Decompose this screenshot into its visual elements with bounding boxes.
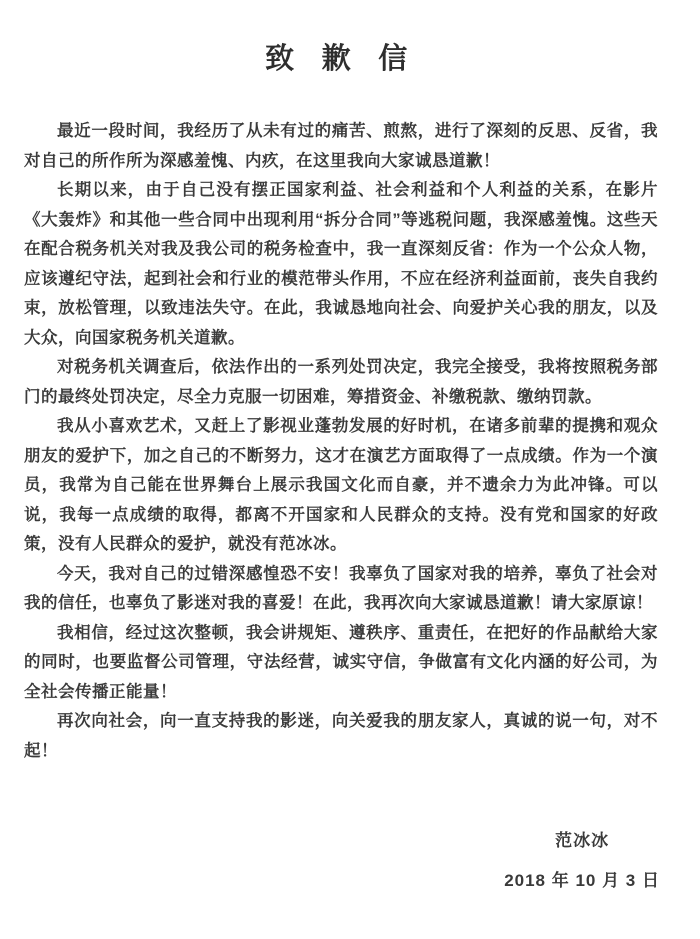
letter-paragraph-4: 我从小喜欢艺术，又赶上了影视业蓬勃发展的好时机，在诸多前辈的提携和观众朋友的爱护…	[24, 412, 658, 560]
letter-body: 最近一段时间，我经历了从未有过的痛苦、煎熬，进行了深刻的反思、反省，我对自己的所…	[0, 117, 700, 766]
letter-title: 致歉信	[0, 0, 700, 77]
letter-paragraph-7: 再次向社会，向一直支持我的影迷，向关爱我的朋友家人，真诚的说一句，对不起！	[24, 707, 658, 766]
letter-paragraph-3: 对税务机关调查后，依法作出的一系列处罚决定，我完全接受，我将按照税务部门的最终处…	[24, 353, 658, 412]
letter-paragraph-1: 最近一段时间，我经历了从未有过的痛苦、煎熬，进行了深刻的反思、反省，我对自己的所…	[24, 117, 658, 176]
letter-paragraph-5: 今天，我对自己的过错深感惶恐不安！我辜负了国家对我的培养，辜负了社会对我的信任，…	[24, 560, 658, 619]
signature-name: 范冰冰	[504, 826, 660, 851]
letter-paragraph-2: 长期以来，由于自己没有摆正国家利益、社会利益和个人利益的关系，在影片《大轰炸》和…	[24, 176, 658, 353]
letter-title-value: 致歉信	[265, 43, 435, 75]
signature-date: 2018 年 10 月 3 日	[504, 866, 660, 891]
signature-block: 范冰冰 2018 年 10 月 3 日	[504, 826, 660, 891]
apology-letter-document: 致歉信 最近一段时间，我经历了从未有过的痛苦、煎熬，进行了深刻的反思、反省，我对…	[0, 0, 700, 939]
letter-paragraph-6: 我相信，经过这次整顿，我会讲规矩、遵秩序、重责任，在把好的作品献给大家的同时，也…	[24, 619, 658, 708]
